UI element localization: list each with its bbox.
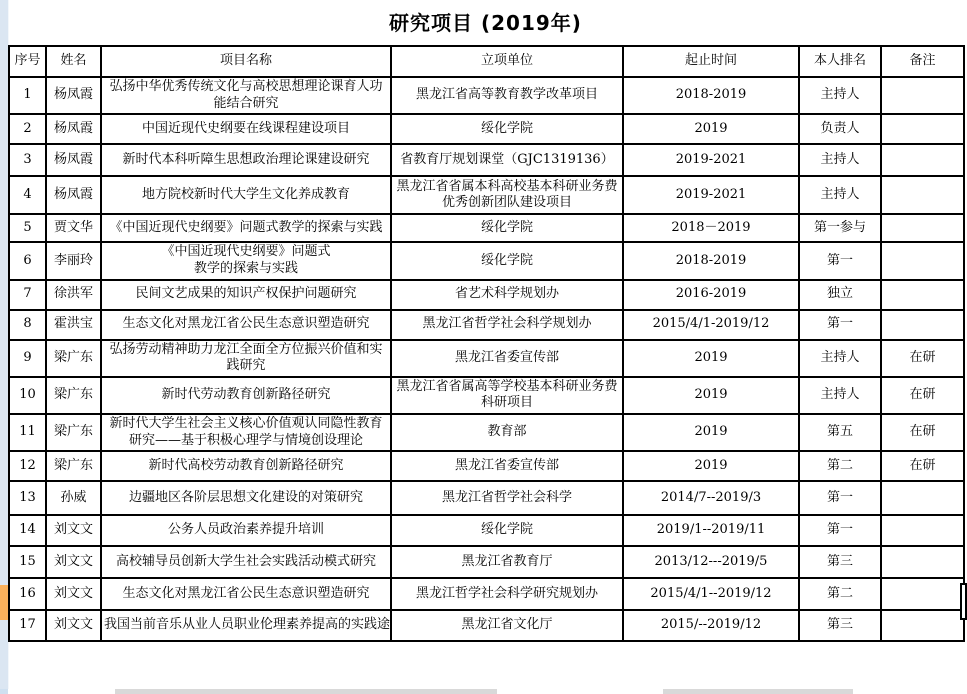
cell-unit[interactable]: 黑龙江哲学社会科学研究规划办 (391, 578, 623, 610)
bottom-edge-blue-segment (0, 689, 8, 694)
window-bottom-edge (0, 689, 967, 694)
cell-project[interactable]: 我国当前音乐从业人员职业伦理素养提高的实践途 (101, 610, 391, 641)
cell-period[interactable]: 2019 (623, 377, 799, 414)
cell-period[interactable]: 2013/12---2019/5 (623, 546, 799, 578)
cell-name[interactable]: 孙威 (46, 481, 101, 515)
cell-note[interactable] (881, 610, 964, 641)
table-row: 16 刘文文 生态文化对黑龙江省公民生态意识塑造研究 黑龙江哲学社会科学研究规划… (9, 578, 964, 610)
cell-period[interactable]: 2019-2021 (623, 176, 799, 214)
table-row: 10 梁广东 新时代劳动教育创新路径研究 黑龙江省省属高等学校基本科研业务费科研… (9, 377, 964, 414)
cell-rank[interactable]: 第一 (799, 310, 881, 340)
cell-period[interactable]: 2018－2019 (623, 214, 799, 242)
header-name[interactable]: 姓名 (46, 46, 101, 77)
cell-unit[interactable]: 黑龙江省文化厅 (391, 610, 623, 641)
cell-no[interactable]: 1 (9, 77, 46, 114)
cell-period[interactable]: 2015/4/1--2019/12 (623, 578, 799, 610)
cell-period[interactable]: 2018-2019 (623, 77, 799, 114)
cell-note[interactable] (881, 214, 964, 242)
cell-no[interactable]: 12 (9, 451, 46, 481)
cell-project[interactable]: 高校辅导员创新大学生社会实践活动模式研究 (101, 546, 391, 578)
cell-project[interactable]: 弘扬劳动精神助力龙江全面全方位振兴价值和实践研究 (101, 340, 391, 377)
cell-project[interactable]: 新时代大学生社会主义核心价值观认同隐性教育研究——基于积极心理学与情境创设理论 (101, 414, 391, 451)
table-row: 14 刘文文 公务人员政治素养提升培训 绥化学院 2019/1--2019/11… (9, 515, 964, 546)
cell-rank[interactable]: 负责人 (799, 114, 881, 144)
projects-table: 序号 姓名 项目名称 立项单位 起止时间 本人排名 备注 1 杨凤霞 弘扬中华优… (8, 45, 965, 642)
cell-note[interactable]: 在研 (881, 377, 964, 414)
table-row: 8 霍洪宝 生态文化对黑龙江省公民生态意识塑造研究 黑龙江省哲学社会科学规划办 … (9, 310, 964, 340)
cell-no[interactable]: 3 (9, 144, 46, 176)
cell-project[interactable]: 中国近现代史纲要在线课程建设项目 (101, 114, 391, 144)
cell-no[interactable]: 9 (9, 340, 46, 377)
cell-unit[interactable]: 黑龙江省省属本科高校基本科研业务费优秀创新团队建设项目 (391, 176, 623, 214)
cell-unit[interactable]: 黑龙江省哲学社会科学规划办 (391, 310, 623, 340)
cell-note[interactable] (881, 578, 964, 610)
cell-rank[interactable]: 第一 (799, 481, 881, 515)
cell-name[interactable]: 梁广东 (46, 377, 101, 414)
cell-project[interactable]: 生态文化对黑龙江省公民生态意识塑造研究 (101, 578, 391, 610)
cell-period[interactable]: 2015/--2019/12 (623, 610, 799, 641)
table-row: 11 梁广东 新时代大学生社会主义核心价值观认同隐性教育研究——基于积极心理学与… (9, 414, 964, 451)
cell-no[interactable]: 5 (9, 214, 46, 242)
table-row: 2 杨凤霞 中国近现代史纲要在线课程建设项目 绥化学院 2019 负责人 (9, 114, 964, 144)
cell-unit[interactable]: 黑龙江省委宣传部 (391, 340, 623, 377)
cell-name[interactable]: 梁广东 (46, 451, 101, 481)
cell-period[interactable]: 2019 (623, 114, 799, 144)
cell-unit[interactable]: 省艺术科学规划办 (391, 280, 623, 310)
header-rank[interactable]: 本人排名 (799, 46, 881, 77)
header-project[interactable]: 项目名称 (101, 46, 391, 77)
cell-unit[interactable]: 黑龙江省教育厅 (391, 546, 623, 578)
cell-period[interactable]: 2019 (623, 414, 799, 451)
cell-unit[interactable]: 教育部 (391, 414, 623, 451)
cell-name[interactable]: 梁广东 (46, 340, 101, 377)
cell-unit[interactable]: 黑龙江省哲学社会科学 (391, 481, 623, 515)
table-row: 1 杨凤霞 弘扬中华优秀传统文化与高校思想理论课育人功能结合研究 黑龙江省高等教… (9, 77, 964, 114)
cell-name[interactable]: 杨凤霞 (46, 77, 101, 114)
cell-period[interactable]: 2014/7--2019/3 (623, 481, 799, 515)
cell-rank[interactable]: 主持人 (799, 176, 881, 214)
cell-name[interactable]: 贾文华 (46, 214, 101, 242)
table-row: 13 孙威 边疆地区各阶层思想文化建设的对策研究 黑龙江省哲学社会科学 2014… (9, 481, 964, 515)
cell-rank[interactable]: 第五 (799, 414, 881, 451)
cell-unit[interactable]: 省教育厅规划课堂（GJC1319136） (391, 144, 623, 176)
cell-note[interactable] (881, 77, 964, 114)
cell-unit[interactable]: 绥化学院 (391, 214, 623, 242)
table-row: 17 刘文文 我国当前音乐从业人员职业伦理素养提高的实践途 黑龙江省文化厅 20… (9, 610, 964, 641)
table-row: 5 贾文华 《中国近现代史纲要》问题式教学的探索与实践 绥化学院 2018－20… (9, 214, 964, 242)
cell-no[interactable]: 10 (9, 377, 46, 414)
cell-note[interactable] (881, 114, 964, 144)
cell-period[interactable]: 2019-2021 (623, 144, 799, 176)
cell-name[interactable]: 刘文文 (46, 546, 101, 578)
cell-project[interactable]: 《中国近现代史纲要》问题式教学的探索与实践 (101, 214, 391, 242)
cell-period[interactable]: 2019 (623, 451, 799, 481)
table-row: 6 李丽玲 《中国近现代史纲要》问题式 教学的探索与实践 绥化学院 2018-2… (9, 242, 964, 279)
cell-name[interactable]: 杨凤霞 (46, 144, 101, 176)
table-row: 3 杨凤霞 新时代本科听障生思想政治理论课建设研究 省教育厅规划课堂（GJC13… (9, 144, 964, 176)
bottom-edge-gray-segment (663, 689, 853, 694)
cell-project[interactable]: 民间文艺成果的知识产权保护问题研究 (101, 280, 391, 310)
cell-name[interactable]: 刘文文 (46, 610, 101, 641)
cell-rank[interactable]: 主持人 (799, 77, 881, 114)
cell-rank[interactable]: 第二 (799, 451, 881, 481)
cell-project[interactable]: 新时代劳动教育创新路径研究 (101, 377, 391, 414)
cell-unit[interactable]: 绥化学院 (391, 114, 623, 144)
cell-project[interactable]: 新时代本科听障生思想政治理论课建设研究 (101, 144, 391, 176)
spreadsheet-view: 研究项目 (2019年) 序号 姓名 项目名称 立项单位 起止时间 本人排名 备… (0, 0, 967, 694)
cell-rank[interactable]: 主持人 (799, 144, 881, 176)
cell-name[interactable]: 徐洪军 (46, 280, 101, 310)
cell-project[interactable]: 生态文化对黑龙江省公民生态意识塑造研究 (101, 310, 391, 340)
cell-no[interactable]: 16 (9, 578, 46, 610)
cell-note[interactable] (881, 310, 964, 340)
cell-unit[interactable]: 绥化学院 (391, 242, 623, 279)
table-row: 9 梁广东 弘扬劳动精神助力龙江全面全方位振兴价值和实践研究 黑龙江省委宣传部 … (9, 340, 964, 377)
cell-no[interactable]: 4 (9, 176, 46, 214)
cell-project[interactable]: 《中国近现代史纲要》问题式 教学的探索与实践 (101, 242, 391, 279)
table-row: 15 刘文文 高校辅导员创新大学生社会实践活动模式研究 黑龙江省教育厅 2013… (9, 546, 964, 578)
cell-period[interactable]: 2018-2019 (623, 242, 799, 279)
cell-no[interactable]: 2 (9, 114, 46, 144)
table-row: 12 梁广东 新时代高校劳动教育创新路径研究 黑龙江省委宣传部 2019 第二 … (9, 451, 964, 481)
cell-project[interactable]: 新时代高校劳动教育创新路径研究 (101, 451, 391, 481)
cell-no[interactable]: 13 (9, 481, 46, 515)
cell-unit[interactable]: 黑龙江省委宣传部 (391, 451, 623, 481)
cell-no[interactable]: 7 (9, 280, 46, 310)
cell-rank[interactable]: 第一参与 (799, 214, 881, 242)
cell-period[interactable]: 2019/1--2019/11 (623, 515, 799, 546)
header-unit[interactable]: 立项单位 (391, 46, 623, 77)
cell-period[interactable]: 2015/4/1-2019/12 (623, 310, 799, 340)
cell-note[interactable] (881, 144, 964, 176)
cell-name[interactable]: 杨凤霞 (46, 114, 101, 144)
header-row: 序号 姓名 项目名称 立项单位 起止时间 本人排名 备注 (9, 46, 964, 77)
cell-project[interactable]: 公务人员政治素养提升培训 (101, 515, 391, 546)
cell-project[interactable]: 边疆地区各阶层思想文化建设的对策研究 (101, 481, 391, 515)
cell-rank[interactable]: 主持人 (799, 377, 881, 414)
cell-name[interactable]: 杨凤霞 (46, 176, 101, 214)
cell-note[interactable] (881, 481, 964, 515)
cell-rank[interactable]: 主持人 (799, 340, 881, 377)
table-row: 7 徐洪军 民间文艺成果的知识产权保护问题研究 省艺术科学规划办 2016-20… (9, 280, 964, 310)
cell-name[interactable]: 李丽玲 (46, 242, 101, 279)
header-period[interactable]: 起止时间 (623, 46, 799, 77)
cell-note[interactable] (881, 280, 964, 310)
cell-note[interactable] (881, 546, 964, 578)
cell-period[interactable]: 2019 (623, 340, 799, 377)
table-row: 4 杨凤霞 地方院校新时代大学生文化养成教育 黑龙江省省属本科高校基本科研业务费… (9, 176, 964, 214)
cell-name[interactable]: 霍洪宝 (46, 310, 101, 340)
cell-no[interactable]: 15 (9, 546, 46, 578)
cell-no[interactable]: 8 (9, 310, 46, 340)
cell-note[interactable]: 在研 (881, 451, 964, 481)
cell-note[interactable] (881, 242, 964, 279)
cell-no[interactable]: 11 (9, 414, 46, 451)
cell-name[interactable]: 刘文文 (46, 515, 101, 546)
selection-handle[interactable] (960, 583, 967, 620)
cell-name[interactable]: 梁广东 (46, 414, 101, 451)
cell-rank[interactable]: 第三 (799, 610, 881, 641)
bottom-edge-gray-segment (115, 689, 497, 694)
cell-unit[interactable]: 绥化学院 (391, 515, 623, 546)
cell-note[interactable]: 在研 (881, 414, 964, 451)
row-15-highlight-marker (0, 585, 8, 620)
cell-name[interactable]: 刘文文 (46, 578, 101, 610)
cell-project[interactable]: 地方院校新时代大学生文化养成教育 (101, 176, 391, 214)
cell-rank[interactable]: 第一 (799, 515, 881, 546)
cell-note[interactable] (881, 176, 964, 214)
header-no[interactable]: 序号 (9, 46, 46, 77)
page-title: 研究项目 (2019年) (8, 7, 963, 36)
cell-project[interactable]: 弘扬中华优秀传统文化与高校思想理论课育人功能结合研究 (101, 77, 391, 114)
cell-rank[interactable]: 第二 (799, 578, 881, 610)
cell-no[interactable]: 6 (9, 242, 46, 279)
cell-no[interactable]: 14 (9, 515, 46, 546)
cell-unit[interactable]: 黑龙江省省属高等学校基本科研业务费科研项目 (391, 377, 623, 414)
header-note[interactable]: 备注 (881, 46, 964, 77)
cell-rank[interactable]: 独立 (799, 280, 881, 310)
cell-unit[interactable]: 黑龙江省高等教育教学改革项目 (391, 77, 623, 114)
cell-rank[interactable]: 第一 (799, 242, 881, 279)
cell-no[interactable]: 17 (9, 610, 46, 641)
cell-note[interactable]: 在研 (881, 340, 964, 377)
cell-rank[interactable]: 第三 (799, 546, 881, 578)
cell-period[interactable]: 2016-2019 (623, 280, 799, 310)
cell-note[interactable] (881, 515, 964, 546)
